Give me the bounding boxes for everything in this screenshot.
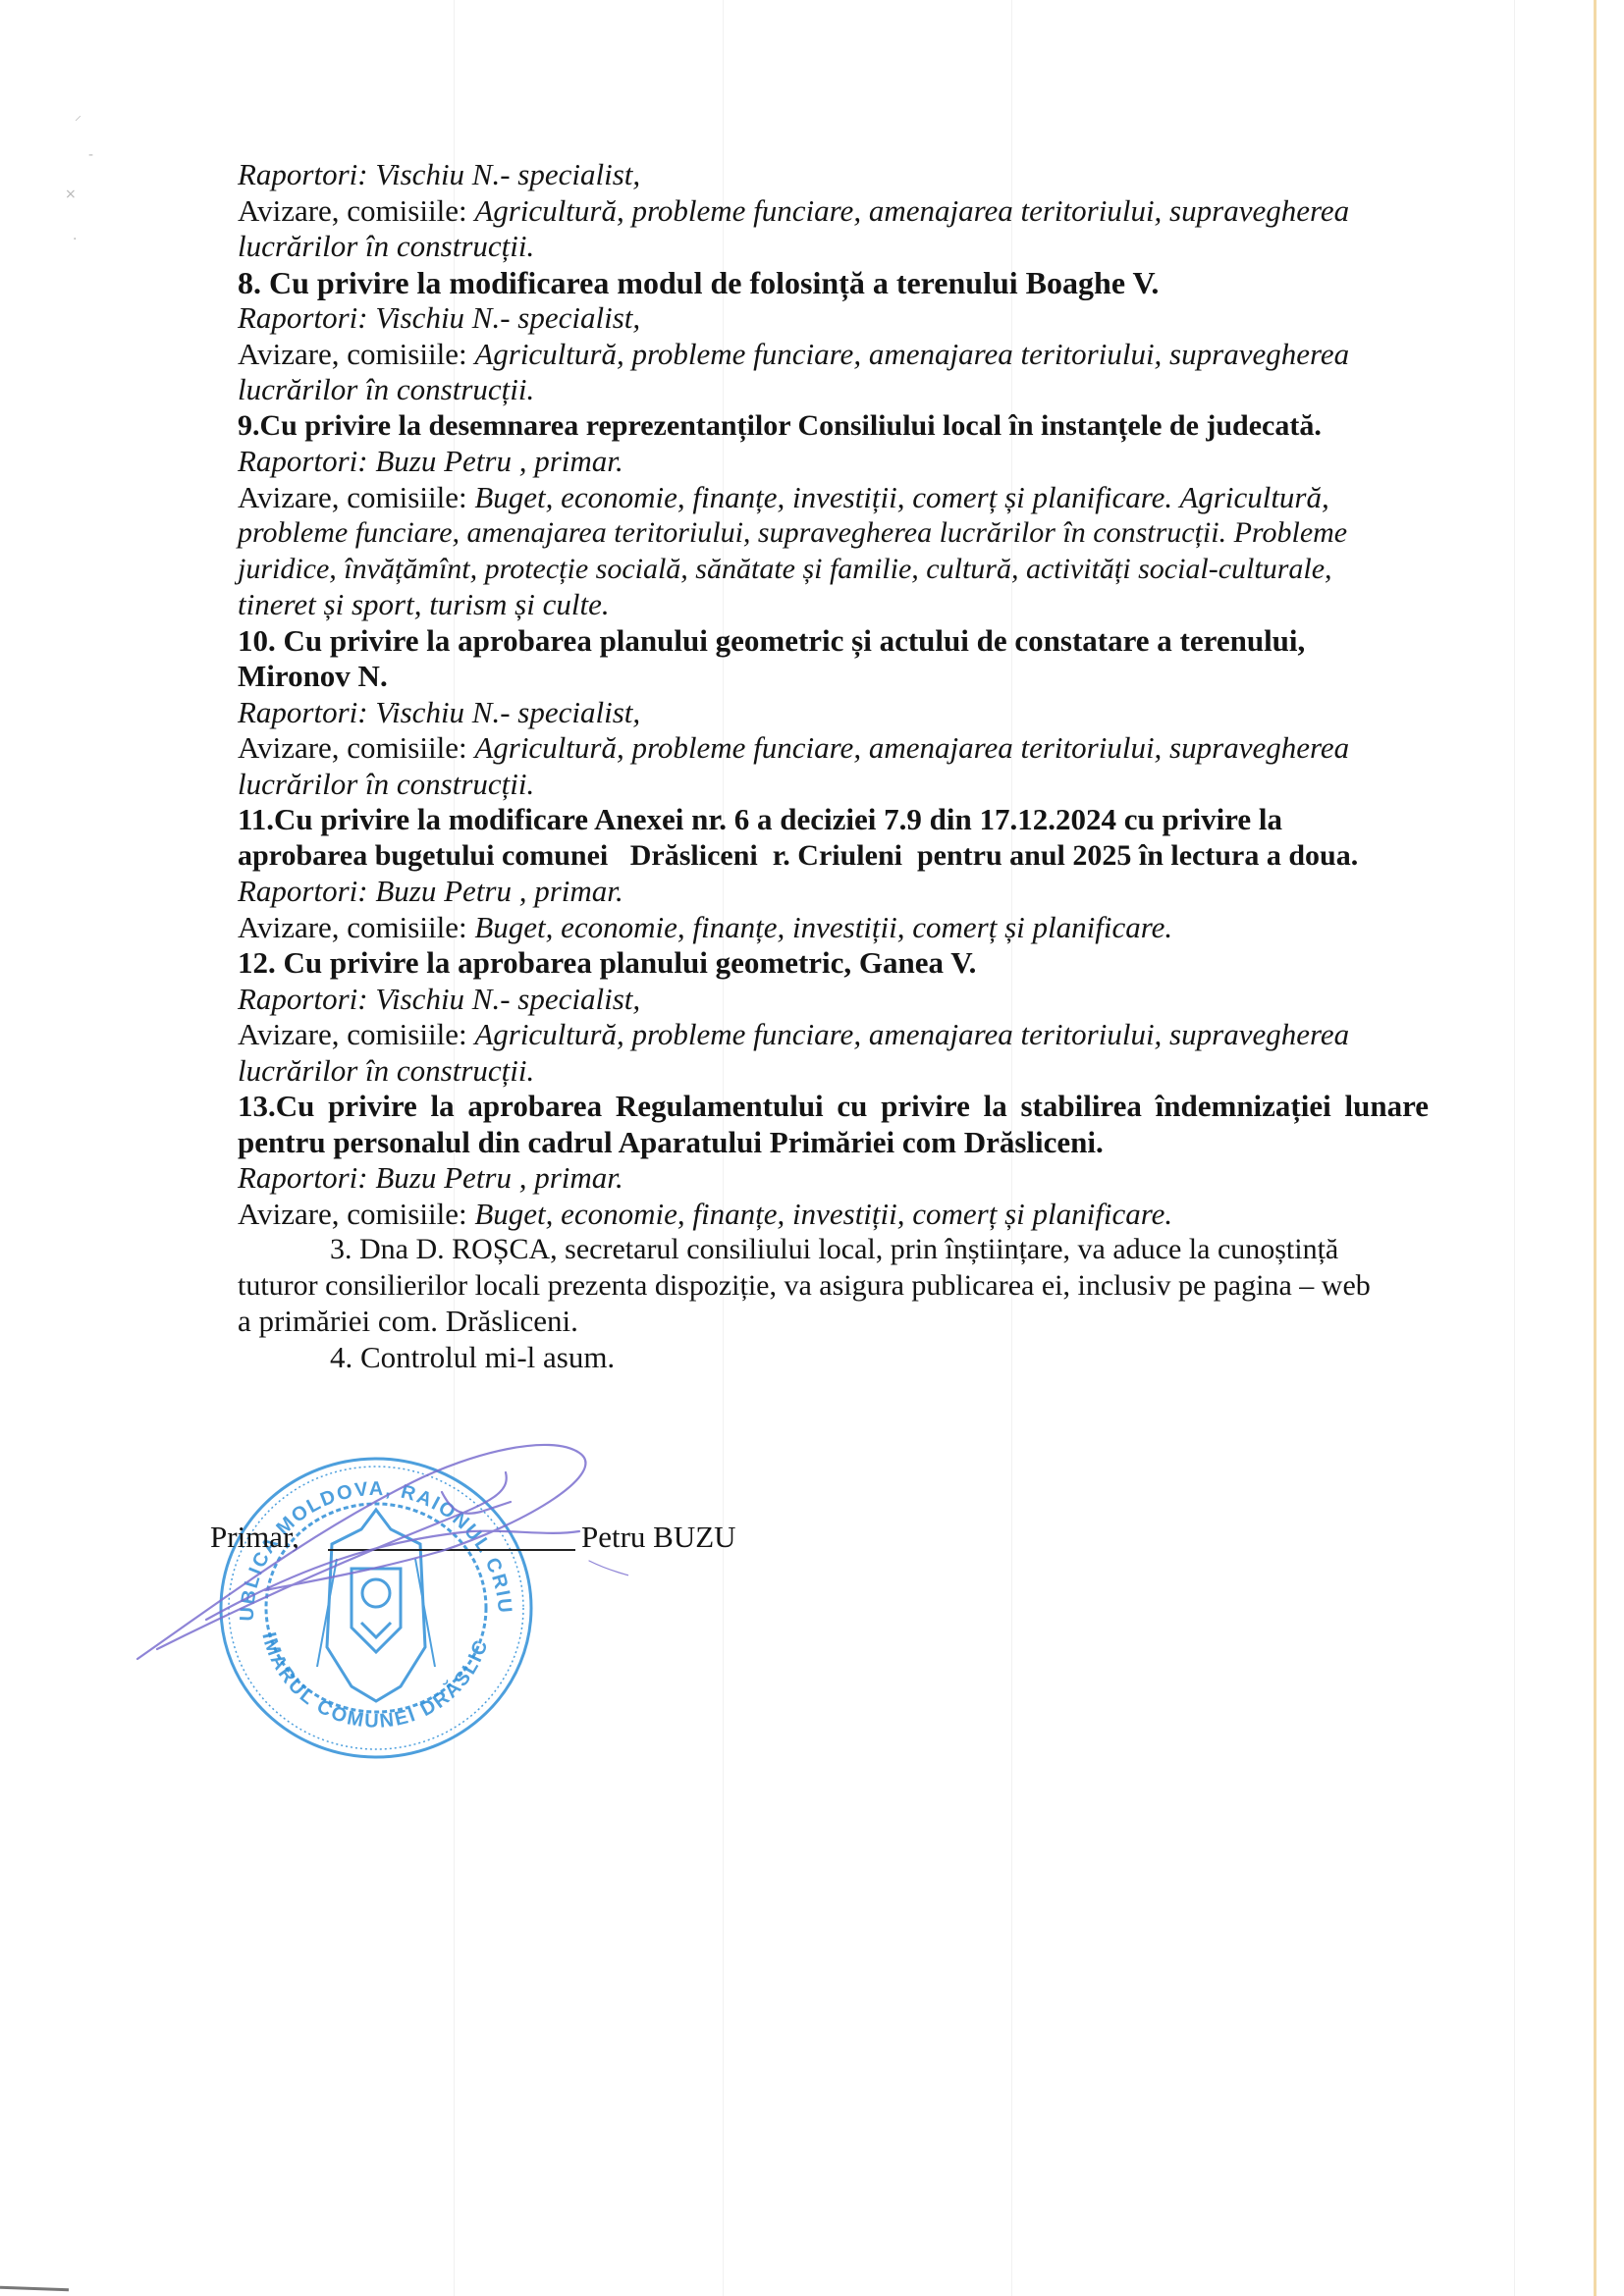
- avizare-continuation: lucrărilor în construcții.: [238, 372, 1504, 408]
- handwritten-signature-icon: [118, 1414, 628, 1728]
- avizare-continuation: lucrărilor în construcții.: [238, 1053, 1504, 1090]
- margin-mark: -: [88, 147, 93, 163]
- item-heading: 9.Cu privire la desemnarea reprezentanți…: [238, 408, 1504, 445]
- avizare-value: Buget, economie, finanțe, investiții, co…: [474, 910, 1172, 944]
- clause-3-line: tuturor consilierilor locali prezenta di…: [238, 1268, 1504, 1305]
- item-heading: 13.Cu privire la aprobarea Regulamentulu…: [238, 1089, 1504, 1125]
- avizare-value: Agricultură, probleme funciare, amenajar…: [474, 1017, 1349, 1051]
- raportori-line: Raportori: Vischiu N.- specialist,: [238, 982, 1504, 1018]
- document-body: Raportori: Vischiu N.- specialist, Aviza…: [238, 157, 1504, 1375]
- raportori-line: Raportori: Vischiu N.- specialist,: [238, 300, 1504, 337]
- item-heading: 12. Cu privire la aprobarea planului geo…: [238, 945, 1504, 982]
- item-heading-continuation: Mironov N.: [238, 659, 1504, 695]
- raportori-value: Vischiu N.- specialist,: [375, 695, 640, 729]
- raportori-label: Raportori:: [238, 982, 368, 1016]
- item-heading: 11.Cu privire la modificare Anexei nr. 6…: [238, 802, 1504, 838]
- margin-mark: ×: [65, 187, 77, 202]
- agenda-item-13: 13.Cu privire la aprobarea Regulamentulu…: [238, 1089, 1504, 1232]
- avizare-line: Avizare, comisiile: Agricultură, problem…: [238, 730, 1504, 767]
- raportori-line: Raportori: Buzu Petru , primar.: [238, 444, 1504, 480]
- raportori-line: Raportori: Buzu Petru , primar.: [238, 1160, 1504, 1197]
- avizare-continuation: juridice, învățămînt, protecție socială,…: [238, 552, 1504, 588]
- raportori-label: Raportori:: [238, 874, 368, 908]
- raportori-line: Raportori: Vischiu N.- specialist,: [238, 157, 1504, 193]
- scan-artifact-mark: [0, 2286, 69, 2291]
- item-heading-continuation: aprobarea bugetului comunei Drăsliceni r…: [238, 838, 1504, 875]
- raportori-label: Raportori:: [238, 157, 368, 191]
- avizare-line: Avizare, comisiile: Buget, economie, fin…: [238, 910, 1504, 946]
- item-heading-continuation: pentru personalul din cadrul Aparatului …: [238, 1125, 1504, 1161]
- agenda-item-12: 12. Cu privire la aprobarea planului geo…: [238, 945, 1504, 1089]
- avizare-label: Avizare, comisiile:: [238, 337, 467, 371]
- agenda-item-8: 8. Cu privire la modificarea modul de fo…: [238, 265, 1504, 408]
- scan-artifact-line: [1514, 0, 1515, 2296]
- raportori-label: Raportori:: [238, 300, 368, 335]
- raportori-label: Raportori:: [238, 444, 368, 478]
- clause-3: 3. Dna D. ROȘCA, secretarul consiliului …: [238, 1232, 1504, 1340]
- item-heading: 8. Cu privire la modificarea modul de fo…: [238, 265, 1504, 301]
- avizare-continuation: probleme funciare, amenajarea teritoriul…: [238, 515, 1504, 552]
- avizare-continuation: tineret și sport, turism și culte.: [238, 587, 1504, 623]
- raportori-value: Vischiu N.- specialist,: [375, 300, 640, 335]
- clause-3-line: a primăriei com. Drăsliceni.: [238, 1304, 1504, 1340]
- avizare-label: Avizare, comisiile:: [238, 193, 467, 228]
- avizare-line: Avizare, comisiile: Agricultură, problem…: [238, 193, 1504, 230]
- avizare-label: Avizare, comisiile:: [238, 730, 467, 765]
- clause-4: 4. Controlul mi-l asum.: [238, 1340, 1504, 1376]
- agenda-item-10: 10. Cu privire la aprobarea planului geo…: [238, 623, 1504, 803]
- avizare-line: Avizare, comisiile: Buget, economie, fin…: [238, 480, 1504, 516]
- avizare-label: Avizare, comisiile:: [238, 1017, 467, 1051]
- raportori-value: Vischiu N.- specialist,: [375, 982, 640, 1016]
- avizare-label: Avizare, comisiile:: [238, 910, 467, 944]
- raportori-label: Raportori:: [238, 695, 368, 729]
- margin-mark: ⸝: [75, 106, 81, 125]
- avizare-value: Buget, economie, finanțe, investiții, co…: [474, 1197, 1172, 1231]
- page-edge-line: [1594, 0, 1597, 2296]
- avizare-continuation: lucrărilor în construcții.: [238, 229, 1504, 265]
- raportori-value: Buzu Petru , primar.: [375, 874, 623, 908]
- avizare-line: Avizare, comisiile: Buget, economie, fin…: [238, 1197, 1504, 1233]
- raportori-value: Buzu Petru , primar.: [375, 1160, 623, 1195]
- raportori-label: Raportori:: [238, 1160, 368, 1195]
- margin-mark: ·: [73, 232, 77, 247]
- avizare-value: Agricultură, probleme funciare, amenajar…: [474, 193, 1349, 228]
- item-heading: 10. Cu privire la aprobarea planului geo…: [238, 623, 1504, 660]
- agenda-item-11: 11.Cu privire la modificare Anexei nr. 6…: [238, 802, 1504, 945]
- avizare-label: Avizare, comisiile:: [238, 480, 467, 514]
- avizare-label: Avizare, comisiile:: [238, 1197, 467, 1231]
- raportori-line: Raportori: Buzu Petru , primar.: [238, 874, 1504, 910]
- avizare-value: Buget, economie, finanțe, investiții, co…: [474, 480, 1328, 514]
- avizare-value: Agricultură, probleme funciare, amenajar…: [474, 730, 1349, 765]
- clause-3-line: 3. Dna D. ROȘCA, secretarul consiliului …: [238, 1232, 1504, 1268]
- avizare-value: Agricultură, probleme funciare, amenajar…: [474, 337, 1349, 371]
- agenda-item-7-continued: Raportori: Vischiu N.- specialist, Aviza…: [238, 157, 1504, 265]
- raportori-value: Buzu Petru , primar.: [375, 444, 623, 478]
- raportori-value: Vischiu N.- specialist,: [375, 157, 640, 191]
- avizare-line: Avizare, comisiile: Agricultură, problem…: [238, 337, 1504, 373]
- agenda-item-9: 9.Cu privire la desemnarea reprezentanți…: [238, 408, 1504, 623]
- avizare-line: Avizare, comisiile: Agricultură, problem…: [238, 1017, 1504, 1053]
- avizare-continuation: lucrărilor în construcții.: [238, 767, 1504, 803]
- raportori-line: Raportori: Vischiu N.- specialist,: [238, 695, 1504, 731]
